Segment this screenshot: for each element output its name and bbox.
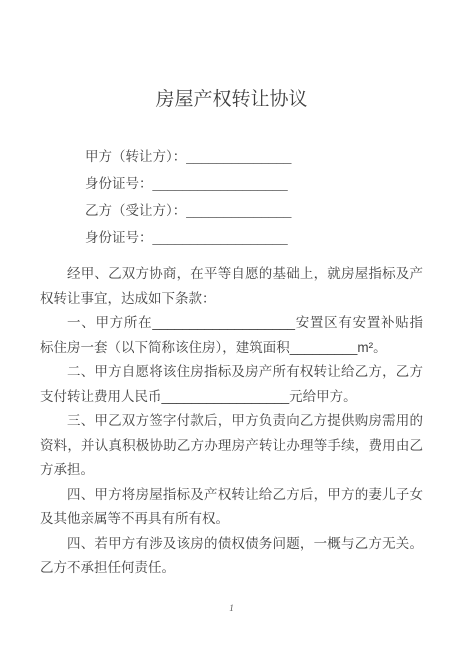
clause-5: 四、若甲方有涉及该房的债权债务问题，一概与乙方无关。乙方不承担任何责任。 — [40, 532, 423, 581]
clause-2: 二、甲方自愿将该住房指标及房产所有权转让给乙方，乙方支付转让费用人民币_____… — [40, 360, 423, 409]
clause-3: 三、甲乙双方签字付款后，甲方负责向乙方提供购房需用的资料，并认真积极协助乙方办理… — [40, 409, 423, 483]
party-b-id-label: 身份证号： — [85, 230, 153, 245]
party-a-id-label: 身份证号： — [85, 176, 153, 191]
field-party-a: 甲方（转让方）：______________ — [85, 143, 423, 170]
party-b-label: 乙方（受让方）： — [85, 203, 186, 218]
preamble-paragraph: 经甲、乙双方协商，在平等自愿的基础上，就房屋指标及产权转让事宜，达成如下条款： — [40, 262, 423, 311]
clause-1: 一、甲方所在___________________安置区有安置补贴指标住房一套（… — [40, 311, 423, 360]
party-a-id-blank: __________________ — [153, 176, 288, 191]
document-title: 房屋产权转让协议 — [0, 86, 463, 114]
field-party-b: 乙方（受让方）：______________ — [85, 197, 423, 224]
clause-4: 四、甲方将房屋指标及产权转让给乙方后，甲方的妻儿子女及其他亲属等不再具有所有权。 — [40, 483, 423, 532]
document-page: 房屋产权转让协议 甲方（转让方）：______________ 身份证号：___… — [0, 0, 463, 655]
party-b-id-blank: __________________ — [153, 230, 288, 245]
field-party-b-id: 身份证号：__________________ — [85, 224, 423, 251]
party-a-blank: ______________ — [186, 149, 291, 164]
field-party-a-id: 身份证号：__________________ — [85, 170, 423, 197]
party-a-label: 甲方（转让方）： — [85, 149, 186, 164]
party-b-blank: ______________ — [186, 203, 291, 218]
page-number: 1 — [229, 603, 234, 613]
party-fields: 甲方（转让方）：______________ 身份证号：____________… — [85, 143, 423, 251]
contract-body: 经甲、乙双方协商，在平等自愿的基础上，就房屋指标及产权转让事宜，达成如下条款： … — [40, 262, 423, 581]
page-footer: 1 — [0, 599, 463, 614]
